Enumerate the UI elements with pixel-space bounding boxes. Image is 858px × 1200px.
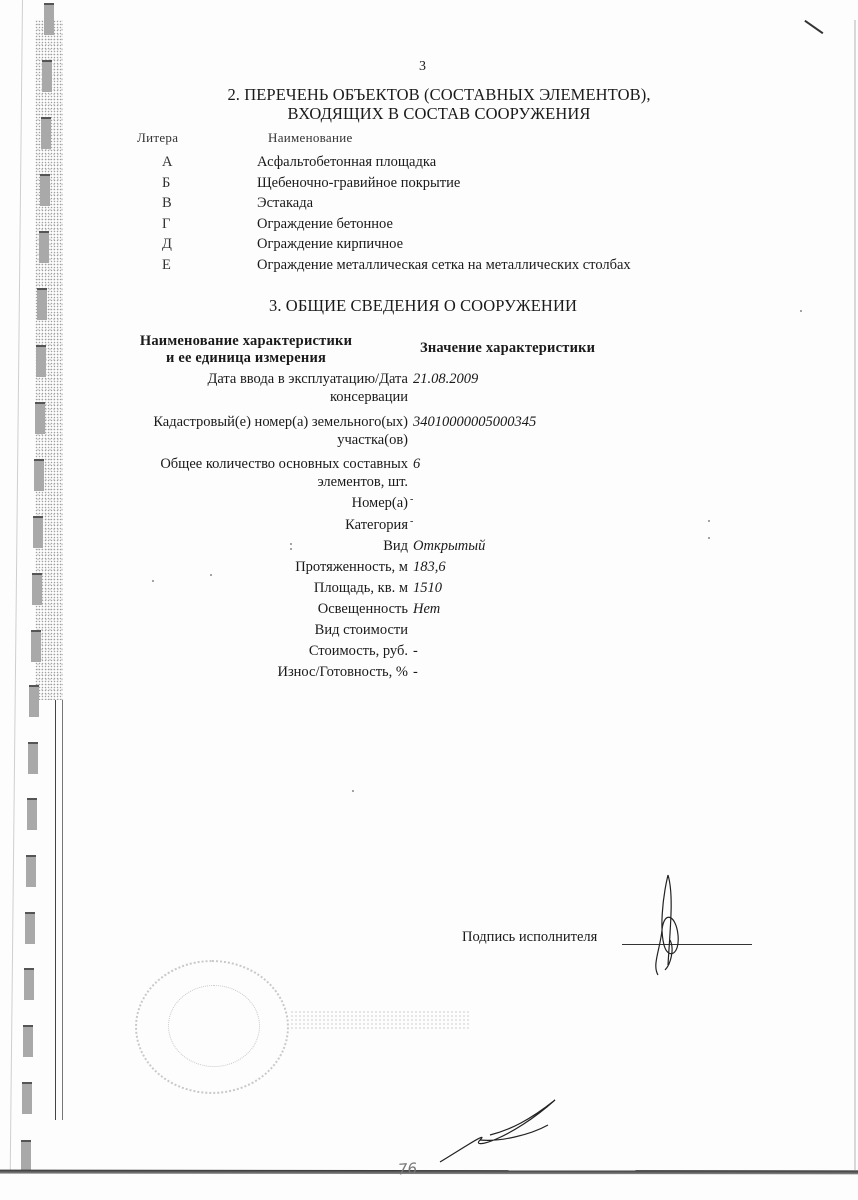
label-line: консервации xyxy=(207,388,408,406)
column-header-litera: Литера xyxy=(137,130,178,146)
list-item: Г Ограждение бетонное xyxy=(0,216,858,236)
characteristic-label: Кадастровый(е) номер(а) земельного(ых) у… xyxy=(153,413,408,449)
characteristic-label: Площадь, кв. м xyxy=(314,579,408,597)
faded-stamp-inner xyxy=(168,985,260,1067)
characteristic-value: 34010000005000345 xyxy=(413,413,536,431)
section-2-title: 2. ПЕРЕЧЕНЬ ОБЪЕКТОВ (СОСТАВНЫХ ЭЛЕМЕНТО… xyxy=(10,85,858,123)
scan-speck xyxy=(152,580,154,582)
scan-speck xyxy=(290,548,292,550)
column-header-characteristic-line1: Наименование характеристики xyxy=(120,333,372,350)
page-edge-bottom xyxy=(0,1170,858,1175)
binding-hole xyxy=(23,1025,33,1057)
object-name: Ограждение бетонное xyxy=(257,216,393,233)
characteristic-label: Вид стоимости xyxy=(315,621,408,639)
object-name: Асфальтобетонная площадка xyxy=(257,154,436,171)
binding-hole xyxy=(31,630,41,662)
binding-thread xyxy=(55,700,56,1120)
binding-hole xyxy=(36,345,46,377)
characteristic-value: Нет xyxy=(413,600,440,618)
list-item: Б Щебеночно-гравийное покрытие xyxy=(0,175,858,195)
pen-mark xyxy=(805,20,824,34)
characteristic-value: - xyxy=(413,642,418,660)
sheet-number: 76 xyxy=(397,1159,417,1178)
object-letter: В xyxy=(162,195,182,212)
label-line: участка(ов) xyxy=(153,431,408,449)
characteristic-value: 1510 xyxy=(413,579,442,597)
characteristic-label: Вид xyxy=(383,537,408,555)
scan-speck xyxy=(352,790,354,792)
characteristic-value: 21.08.2009 xyxy=(413,370,478,388)
characteristic-label: Категория xyxy=(345,516,408,534)
binding-hole xyxy=(24,968,34,1000)
characteristic-value: - xyxy=(410,491,413,509)
binding-hole xyxy=(21,1140,31,1172)
characteristic-value: 6 xyxy=(413,455,420,473)
binding-hole xyxy=(25,912,35,944)
binding-hole xyxy=(26,855,36,887)
characteristic-label: Стоимость, руб. xyxy=(309,642,408,660)
handwritten-signature-icon xyxy=(640,870,700,990)
object-letter: А xyxy=(162,154,182,171)
object-letter: Е xyxy=(162,257,182,274)
column-header-name: Наименование xyxy=(268,130,353,146)
label-line: Общее количество основных составных xyxy=(160,455,408,473)
list-item: Е Ограждение металлическая сетка на мета… xyxy=(0,257,858,277)
characteristic-label: Износ/Готовность, % xyxy=(277,663,408,681)
bottom-signature-icon xyxy=(430,1080,570,1170)
column-header-characteristic-line2: и ее единица измерения xyxy=(120,350,372,367)
object-letter: Г xyxy=(162,216,182,233)
section-3-title: 3. ОБЩИЕ СВЕДЕНИЯ О СООРУЖЕНИИ xyxy=(0,296,846,315)
scan-speck xyxy=(708,520,710,522)
characteristic-label: Общее количество основных составных элем… xyxy=(160,455,408,491)
object-letter: Б xyxy=(162,175,182,192)
scan-speck xyxy=(290,543,292,545)
faded-stamp-text xyxy=(290,1010,470,1030)
page-number: 3 xyxy=(419,59,426,75)
binding-hole xyxy=(33,516,43,548)
list-item: Д Ограждение кирпичное xyxy=(0,236,858,256)
characteristic-value: - xyxy=(413,663,418,681)
object-letter: Д xyxy=(162,236,182,253)
list-item: А Асфальтобетонная площадка xyxy=(0,154,858,174)
binding-hole xyxy=(28,742,38,774)
characteristic-value: - xyxy=(410,513,413,531)
section-2-title-line2: ВХОДЯЩИХ В СОСТАВ СООРУЖЕНИЯ xyxy=(10,104,858,123)
label-line: Кадастровый(е) номер(а) земельного(ых) xyxy=(153,413,408,431)
characteristic-value: Открытый xyxy=(413,537,485,555)
list-item: В Эстакада xyxy=(0,195,858,215)
characteristic-label: Освещенность xyxy=(318,600,408,618)
object-name: Ограждение кирпичное xyxy=(257,236,403,253)
scan-speck xyxy=(800,310,802,312)
binding-thread xyxy=(62,700,63,1120)
binding-hole xyxy=(35,402,45,434)
characteristic-label: Номер(а) xyxy=(352,494,408,512)
binding-hole xyxy=(27,798,37,830)
binding-hole xyxy=(34,459,44,491)
characteristic-label: Дата ввода в эксплуатацию/Дата консервац… xyxy=(207,370,408,406)
scan-speck xyxy=(708,537,710,539)
object-name: Щебеночно-гравийное покрытие xyxy=(257,175,460,192)
column-header-characteristic: Наименование характеристики и ее единица… xyxy=(120,333,372,367)
column-header-value: Значение характеристики xyxy=(420,340,595,357)
binding-hole xyxy=(44,3,54,35)
object-name: Эстакада xyxy=(257,195,313,212)
signature-label: Подпись исполнителя xyxy=(462,929,597,946)
binding-hole xyxy=(22,1082,32,1114)
object-name: Ограждение металлическая сетка на металл… xyxy=(257,257,631,274)
document-page: 3 2. ПЕРЕЧЕНЬ ОБЪЕКТОВ (СОСТАВНЫХ ЭЛЕМЕН… xyxy=(0,0,858,1200)
label-line: Дата ввода в эксплуатацию/Дата xyxy=(207,370,408,388)
scan-speck xyxy=(210,574,212,576)
label-line: элементов, шт. xyxy=(160,473,408,491)
characteristic-value: 183,6 xyxy=(413,558,446,576)
binding-hole xyxy=(29,685,39,717)
characteristic-label: Протяженность, м xyxy=(295,558,408,576)
binding-hole xyxy=(32,573,42,605)
section-2-title-line1: 2. ПЕРЕЧЕНЬ ОБЪЕКТОВ (СОСТАВНЫХ ЭЛЕМЕНТО… xyxy=(10,85,858,104)
